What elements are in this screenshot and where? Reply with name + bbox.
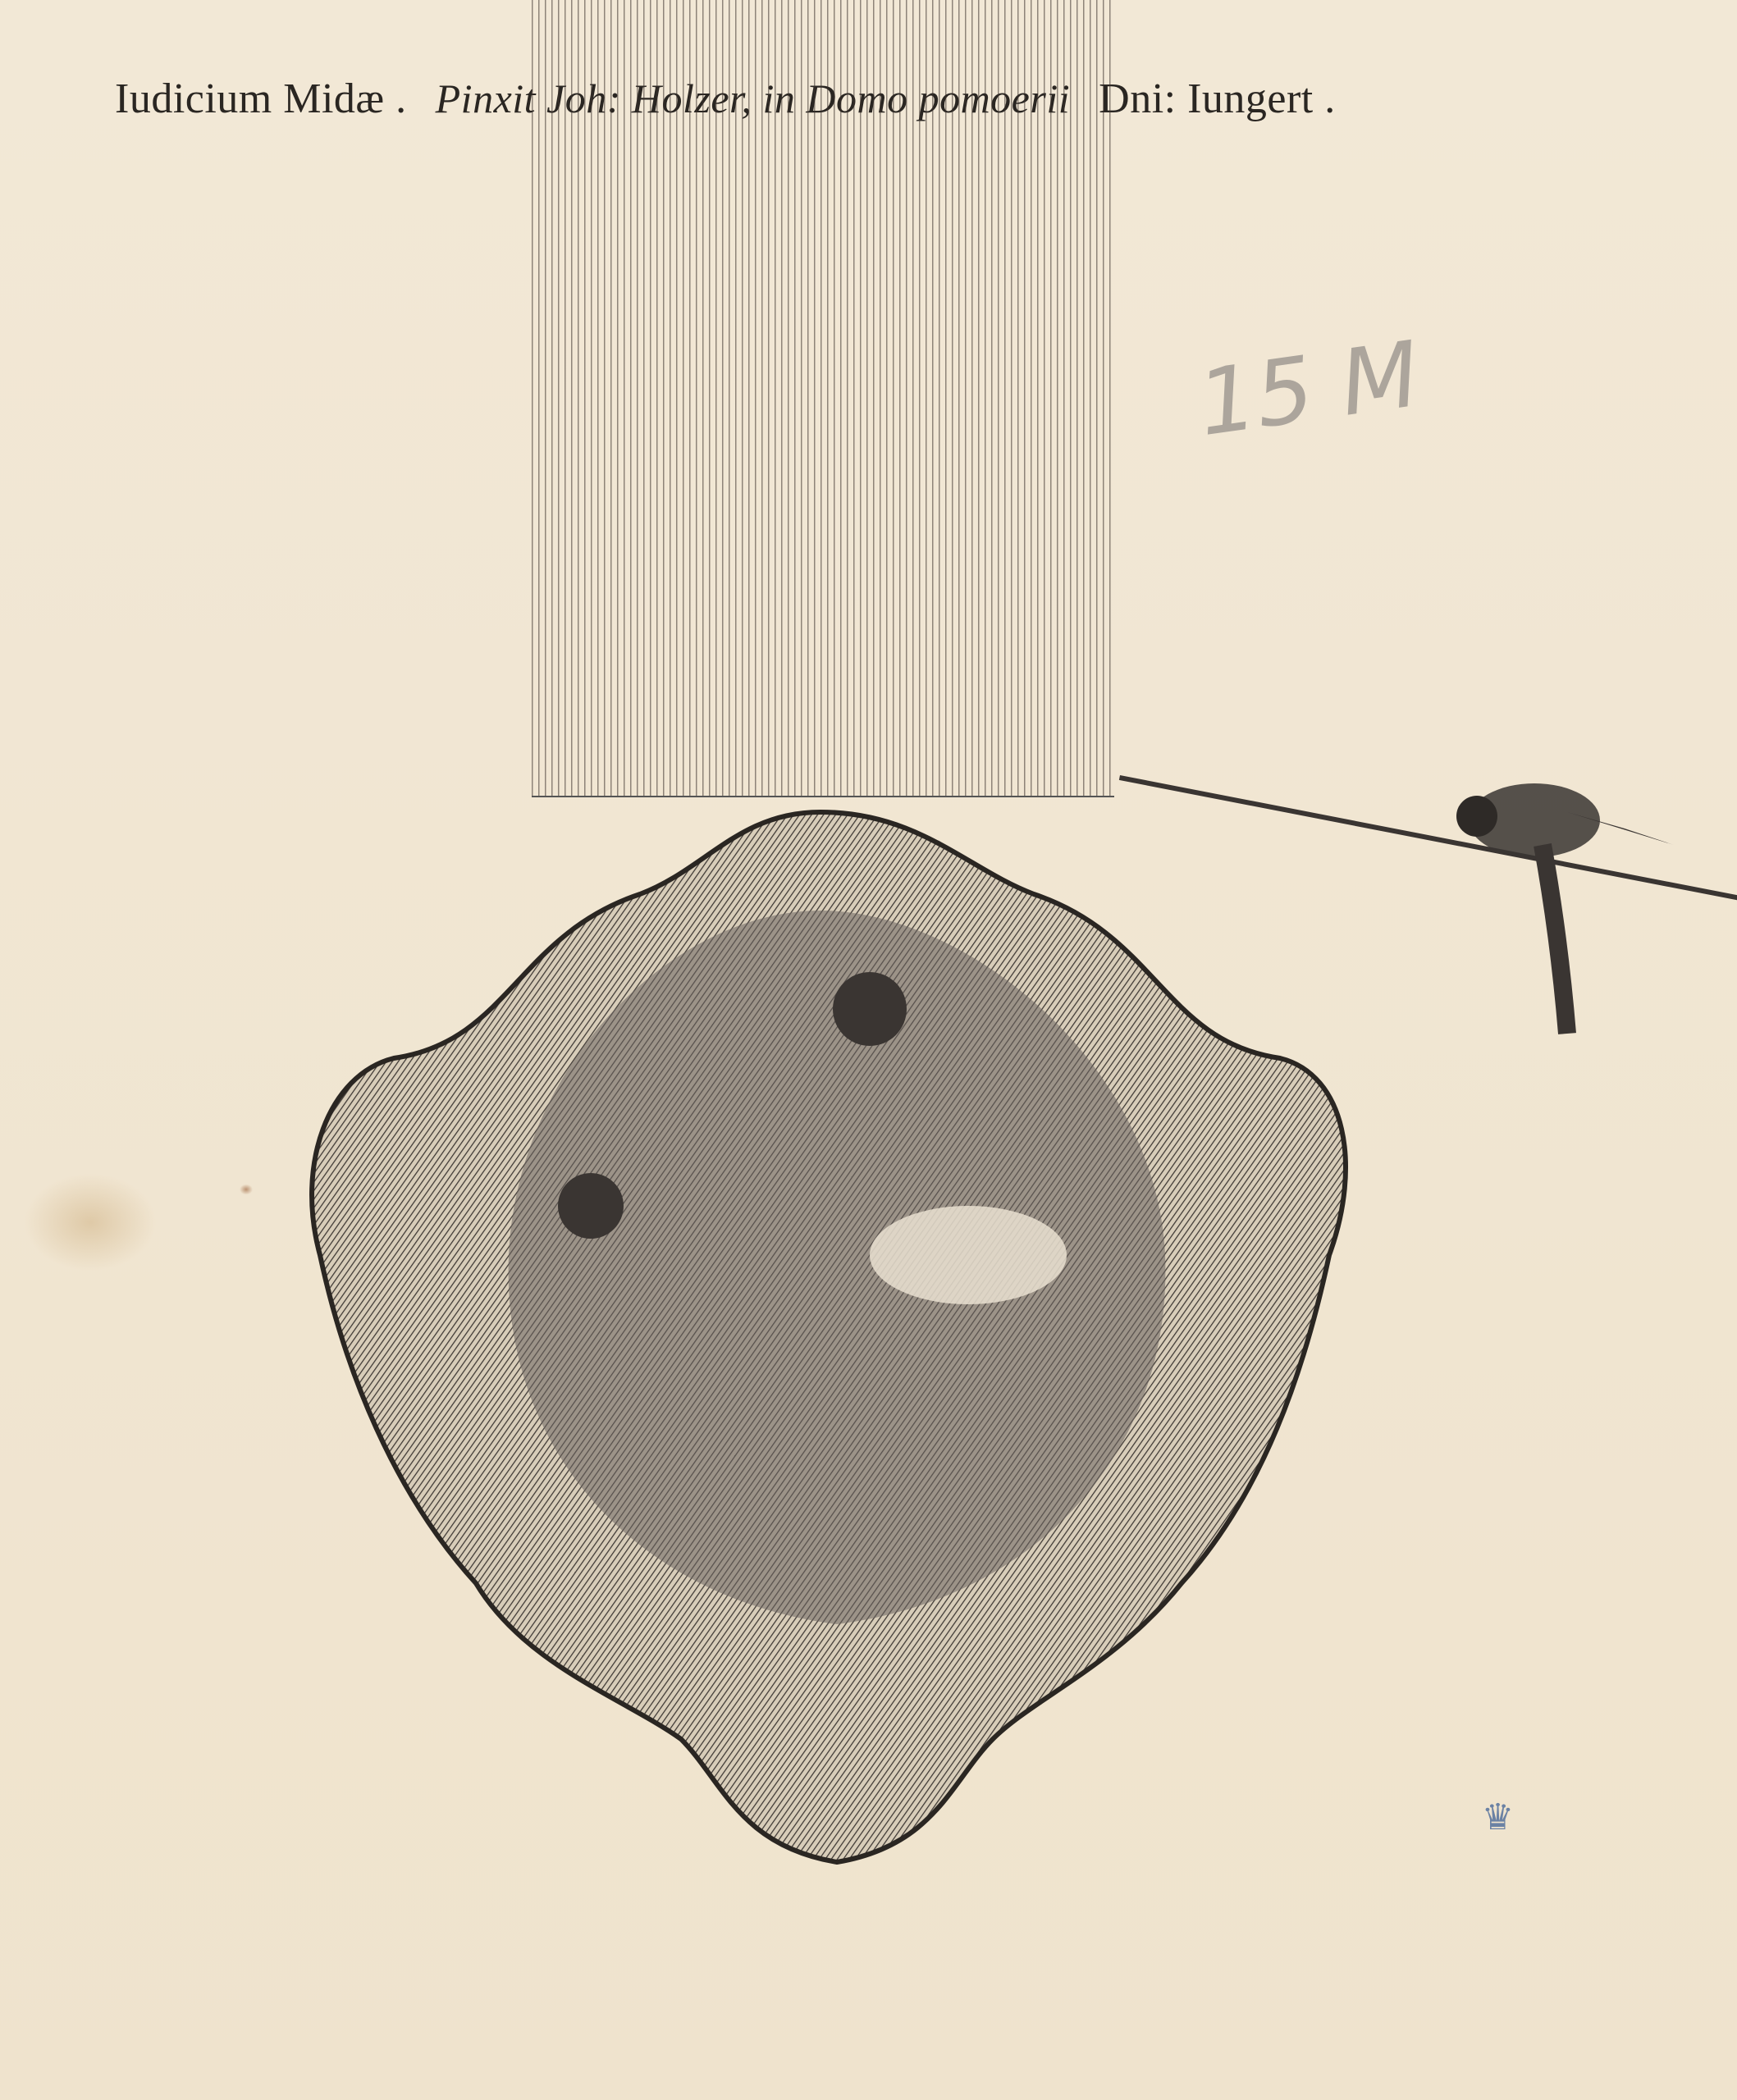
parrot-icon <box>1378 730 1690 1050</box>
caption-owner: Dni: Iungert . <box>1099 75 1336 122</box>
collection-stamp: ♛ <box>1477 1796 1519 1838</box>
caption-title: Iudicium Midæ . <box>115 75 407 122</box>
pan-figure <box>833 972 907 1046</box>
hatched-panel <box>532 0 1114 797</box>
apollo-figure <box>870 1206 1067 1304</box>
cartouche-vignette <box>295 796 1387 1887</box>
midas-figure <box>558 1173 624 1239</box>
